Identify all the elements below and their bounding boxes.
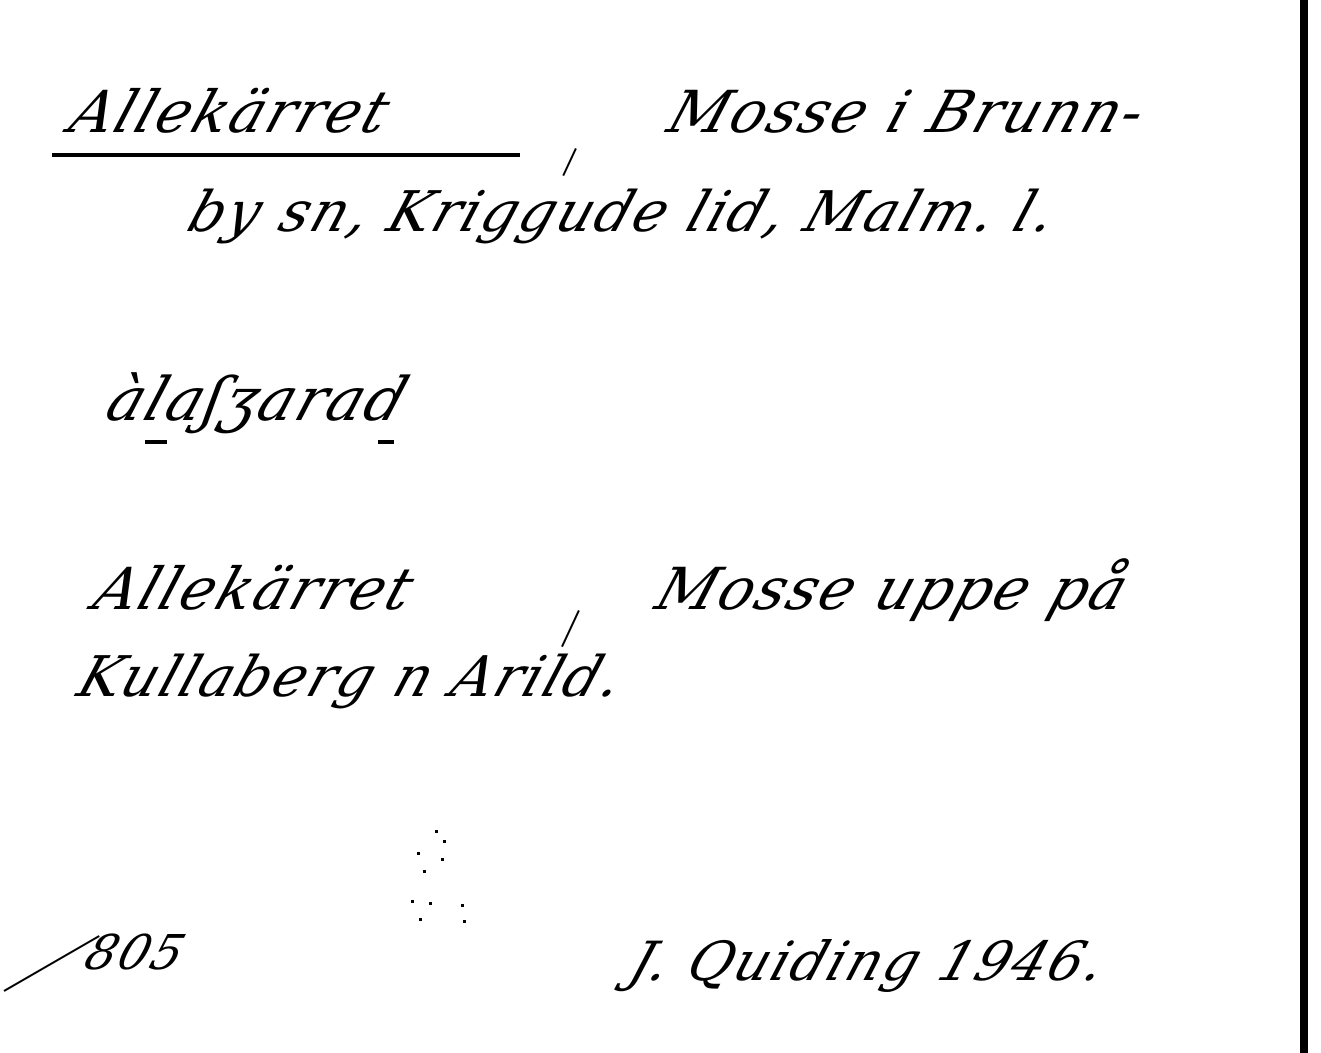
description-1-continuation: by sn, Kriggude lid, Malm. l. [180,180,1066,245]
signature: J. Quiding 1946. [622,930,1116,993]
scan-noise [405,830,475,930]
headword-2: Allekärret [86,555,424,623]
description-2-continuation: Kullaberg n Arild. [70,645,633,710]
phonetic-mark [378,440,394,444]
card-edge [1300,0,1308,1053]
headword-1: Allekärret [62,78,400,146]
phonetic-mark [145,440,167,444]
phonetic-transcription: àlaʃʒarad [98,365,418,435]
description-2: Mosse uppe på [648,555,1139,623]
stray-mark [562,148,576,176]
card-number: 805 [78,925,194,981]
headword-underline [52,153,520,157]
archive-card: Allekärret Mosse i Brunn- by sn, Kriggud… [0,0,1321,1053]
stray-mark [561,610,580,647]
description-1: Mosse i Brunn- [660,78,1156,146]
